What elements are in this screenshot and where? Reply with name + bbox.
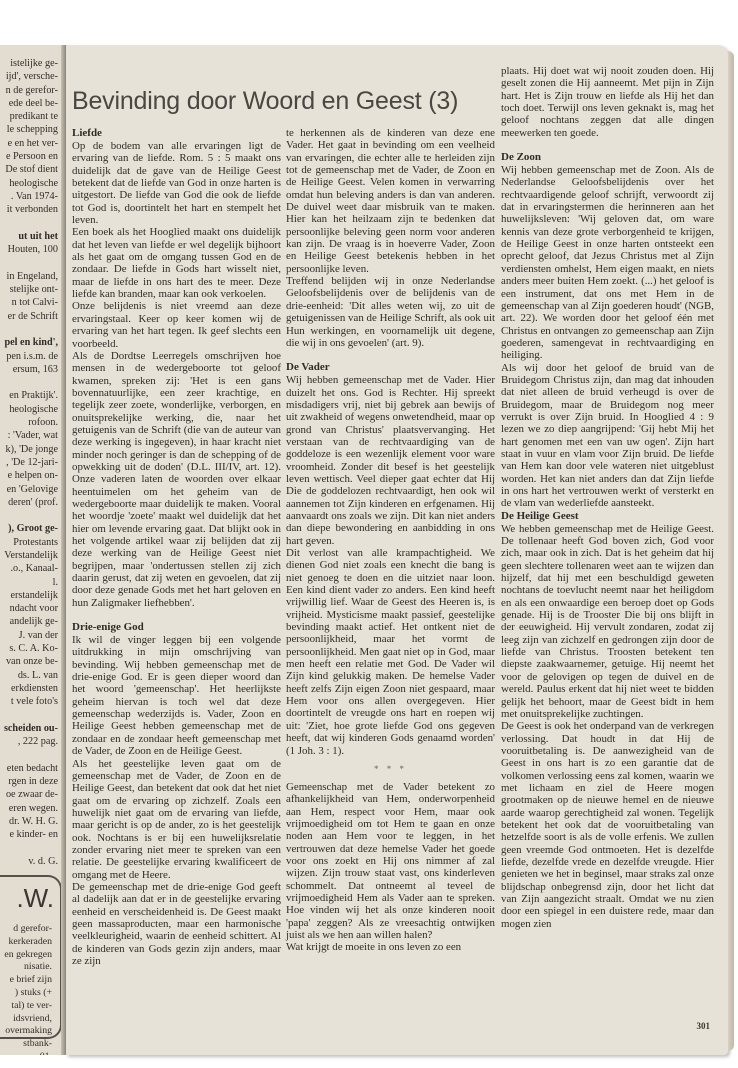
previous-page-line: istelijke ge- [0,57,58,70]
previous-page-line: heologische [0,403,58,416]
previous-page-line: , 'De 12-jari- [0,456,58,469]
previous-page-box-line: 01. [4,1051,52,1055]
previous-page-line: scheiden ou- [0,722,58,735]
previous-page-line: van onze be- [0,655,58,668]
page-edge [728,51,734,1051]
previous-page-line: e kinder- en [0,828,58,841]
previous-page-line: e Persoon en [0,150,58,163]
page-number: 301 [697,1021,711,1031]
article-title: Bevinding door Woord en Geest (3) [72,87,458,116]
previous-page-line: ut uit het [0,230,58,243]
previous-page-line: deren' (prof. [0,496,58,509]
paragraph: Op de bodem van alle ervaringen ligt de … [72,140,281,226]
previous-page-line: ndacht voor [0,602,58,615]
paragraph: Als wij door het geloof de bruid van de … [501,362,714,510]
previous-page-box-text: d gerefor-kerkeradenen gekregennisatie.e… [4,923,52,1055]
previous-page-line: t vele foto's [0,695,58,708]
previous-page-line [0,509,58,522]
previous-page-line: ), Groot ge- [0,522,58,535]
previous-page-line [0,217,58,230]
paragraph: Een boek als het Hooglied maakt ons duid… [72,226,281,300]
spacer [501,139,714,151]
previous-page-line: erstandelijk [0,589,58,602]
previous-page-line: s. C. A. Ko- [0,642,58,655]
previous-page-line: oe zwaar de- [0,788,58,801]
previous-page-line: . Van 1974- [0,190,58,203]
paragraph: Treffend belijden wij in onze Nederlands… [286,275,495,349]
previous-page-line [0,256,58,269]
previous-page-line: erkdiensten [0,682,58,695]
previous-page-line [0,842,58,855]
paragraph: De gemeenschap met de drie-enige God gee… [72,881,281,967]
paragraph: We hebben gemeenschap met de Heilige Gee… [501,523,714,721]
previous-page-line: Protestants [0,536,58,549]
previous-page-box-line: nisatie. [4,961,52,974]
paragraph: te herkennen als de kinderen van deze en… [286,127,495,275]
previous-page-line: predikant te [0,110,58,123]
previous-page-line: ede deel be- [0,97,58,110]
previous-page-box-line: kerkeraden [4,936,52,949]
paragraph: Als de Dordtse Leerregels omschrijven ho… [72,350,281,609]
previous-page-box-line: idsvriend, [4,1013,52,1026]
paragraph: Wij hebben gemeenschap met de Vader. Hie… [286,374,495,547]
previous-page-line: stelijke ont- [0,283,58,296]
previous-page-text: istelijke ge-ijd', versche-n de gerefor-… [0,57,58,868]
previous-page-line: dr. W. H. G. [0,815,58,828]
article-page: Bevinding door Woord en Geest (3) Liefde… [66,45,728,1055]
previous-page-line: er de Schrift [0,310,58,323]
previous-page-line: e helpen on- [0,469,58,482]
previous-page-line [0,709,58,722]
previous-page-box-line: d gerefor- [4,923,52,936]
section-heading: Liefde [72,127,281,140]
paragraph: Als het geestelijke leven gaat om de gem… [72,758,281,881]
previous-page-line [0,748,58,761]
section-separator: * * * [286,757,495,781]
spacer [72,609,281,621]
section-heading: De Vader [286,361,495,374]
paragraph: De Geest is ook het onderpand van de ver… [501,720,714,930]
previous-page-line: en 'Gelovige [0,483,58,496]
previous-page-line: rofoon. [0,416,58,429]
paragraph: Wat krijgt de moeite in ons leven zo een [286,941,495,953]
previous-page-line [0,323,58,336]
paragraph: Ik wil de vinger leggen bij een volgende… [72,634,281,757]
previous-page-box-line: ) stuks (+ [4,987,52,1000]
previous-page-box-line: stbank- [4,1038,52,1051]
previous-page-line: andelijk ge- [0,615,58,628]
previous-page-line: Verstandelijk [0,549,58,562]
previous-page-box-line: tal) te ver- [4,1000,52,1013]
previous-page-line: n tot Calvi- [0,296,58,309]
previous-page-line: pel en kind', [0,336,58,349]
previous-page-strip: istelijke ge-ijd', versche-n de gerefor-… [0,45,67,1055]
previous-page-line: eten bedacht [0,762,58,775]
previous-page-line: J. van der [0,629,58,642]
previous-page-line: ersum, 163 [0,363,58,376]
previous-page-line: .o., Kanaal- [0,562,58,575]
previous-page-line: le schepping [0,123,58,136]
article-column-3: plaats. Hij doet wat wij nooit zouden do… [501,65,714,930]
section-heading: Drie-enige God [72,621,281,634]
previous-page-line [0,376,58,389]
previous-page-line: rgen in deze [0,775,58,788]
paragraph: Onze belijdenis is niet vreemd aan deze … [72,300,281,349]
previous-page-line: heologische [0,177,58,190]
previous-page-line: l. [0,576,58,589]
previous-page-box-line: en gekregen [4,949,52,962]
previous-page-line: v. d. G. [0,855,58,868]
paragraph: Dit verlost van alle krampachtigheid. We… [286,547,495,757]
previous-page-line: : 'Vader, wat [0,429,58,442]
previous-page-line: e en het ver- [0,137,58,150]
article-column-2: te herkennen als de kinderen van deze en… [286,127,495,954]
section-heading: De Heilige Geest [501,510,714,523]
article-column-1: LiefdeOp de bodem van alle ervaringen li… [72,127,281,967]
previous-page-line: Houten, 100 [0,243,58,256]
previous-page-line: De stof dient [0,163,58,176]
previous-page-line: in Engeland, [0,270,58,283]
paragraph: plaats. Hij doet wat wij nooit zouden do… [501,65,714,139]
previous-page-line: ijd', versche- [0,70,58,83]
previous-page-line: en Praktijk'. [0,389,58,402]
previous-page-box-title: .W. [16,883,54,914]
previous-page-line: n de gerefor- [0,84,58,97]
previous-page-line: ds. L. van [0,669,58,682]
paragraph: Gemeenschap met de Vader betekent zo afh… [286,781,495,941]
previous-page-line: it verbonden [0,203,58,216]
previous-page-line: k), 'De jonge [0,443,58,456]
previous-page-line: eren wegen. [0,802,58,815]
section-heading: De Zoon [501,151,714,164]
paragraph: Wij hebben gemeenschap met de Zoon. Als … [501,164,714,362]
previous-page-line: pen i.s.m. de [0,350,58,363]
spacer [286,349,495,361]
previous-page-box-line: e brief zijn [4,974,52,987]
previous-page-box-line: overmaking [4,1025,52,1038]
previous-page-line: , 222 pag. [0,735,58,748]
